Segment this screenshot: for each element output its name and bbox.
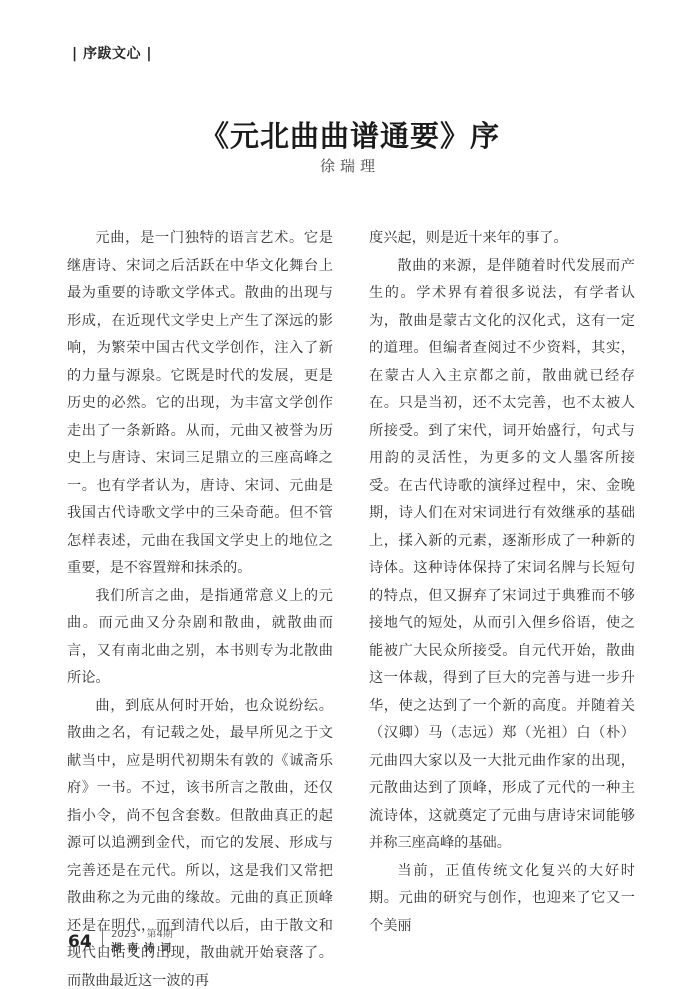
paragraph: 我们所言之曲，是指通常意义上的元曲。而元曲又分杂剧和散曲，就散曲而言，又有南北曲… <box>67 583 333 693</box>
page-footer: 64 2023 第4期 湖南诗词 <box>68 928 177 956</box>
article-author: 徐瑞理 <box>0 155 700 176</box>
paragraph: 度兴起，则是近十来年的事了。 <box>369 225 635 253</box>
magazine-name: 湖南诗词 <box>111 941 177 955</box>
right-column: 度兴起，则是近十来年的事了。 散曲的来源，是伴随着时代发展而产生的。学术界有着很… <box>369 225 635 940</box>
article-title: 《元北曲曲谱通要》序 <box>0 114 700 155</box>
page-number: 64 <box>68 932 94 952</box>
paragraph: 元曲，是一门独特的语言艺术。它是继唐诗、宋词之后活跃在中华文化舞台上最为重要的诗… <box>67 225 333 583</box>
paragraph: 当前，正值传统文化复兴的大好时期。元曲的研究与创作，也迎来了它又一个美丽 <box>369 858 635 941</box>
issue-label: 2023 第4期 <box>111 929 177 941</box>
publication-info: 2023 第4期 湖南诗词 <box>111 929 177 955</box>
paragraph: 散曲的来源，是伴随着时代发展而产生的。学术界有着很多说法，有学者认为，散曲是蒙古… <box>369 253 635 858</box>
footer-divider <box>102 928 103 956</box>
left-column: 元曲，是一门独特的语言艺术。它是继唐诗、宋词之后活跃在中华文化舞台上最为重要的诗… <box>67 225 333 989</box>
section-tag: | 序跋文心 | <box>72 43 152 63</box>
